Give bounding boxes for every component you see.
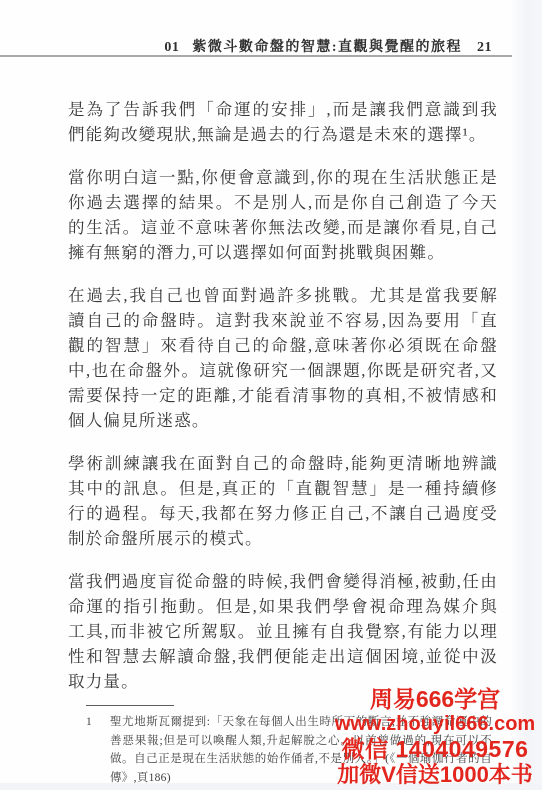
chapter-number: 01	[164, 40, 179, 56]
footnote-marker: 1	[86, 713, 110, 787]
footnote-text: 聖尤地斯瓦爾提到:「天象在每個人出生時所下的斷言,並不強調命運中的善惡果報;但是…	[110, 713, 492, 787]
header-divider-rule	[0, 55, 512, 57]
chapter-title: 紫微斗數命盤的智慧:直觀與覺醒的旅程	[192, 36, 462, 56]
page-number: 21	[477, 40, 492, 56]
footnote-divider-rule	[86, 705, 174, 706]
paragraph: 當你明白這一點,你便會意識到,你的現在生活狀態正是你過去選擇的結果。不是別人,而…	[68, 165, 498, 265]
paragraph: 在過去,我自己也曾面對過許多挑戰。尤其是當我要解讀自己的命盤時。這對我來說並不容…	[68, 283, 498, 433]
running-header: 01 紫微斗數命盤的智慧:直觀與覺醒的旅程 21	[0, 36, 492, 56]
paragraph: 當我們過度盲從命盤的時候,我們會變得消極,被動,任由命運的指引拖動。但是,如果我…	[68, 569, 498, 694]
body-text: 是為了告訴我們「命運的安排」,而是讓我們意識到我們能夠改變現狀,無論是過去的行為…	[68, 97, 498, 712]
footnote: 1 聖尤地斯瓦爾提到:「天象在每個人出生時所下的斷言,並不強調命運中的善惡果報;…	[86, 713, 492, 787]
paragraph: 學術訓練讓我在面對自己的命盤時,能夠更清晰地辨識其中的訊息。但是,真正的「直觀智…	[68, 451, 498, 551]
page-right-edge-shading	[510, 0, 542, 790]
footnote-section: 1 聖尤地斯瓦爾提到:「天象在每個人出生時所下的斷言,並不強調命運中的善惡果報;…	[86, 705, 492, 787]
book-page: 01 紫微斗數命盤的智慧:直觀與覺醒的旅程 21 是為了告訴我們「命運的安排」,…	[0, 0, 542, 790]
paragraph: 是為了告訴我們「命運的安排」,而是讓我們意識到我們能夠改變現狀,無論是過去的行為…	[68, 97, 498, 147]
